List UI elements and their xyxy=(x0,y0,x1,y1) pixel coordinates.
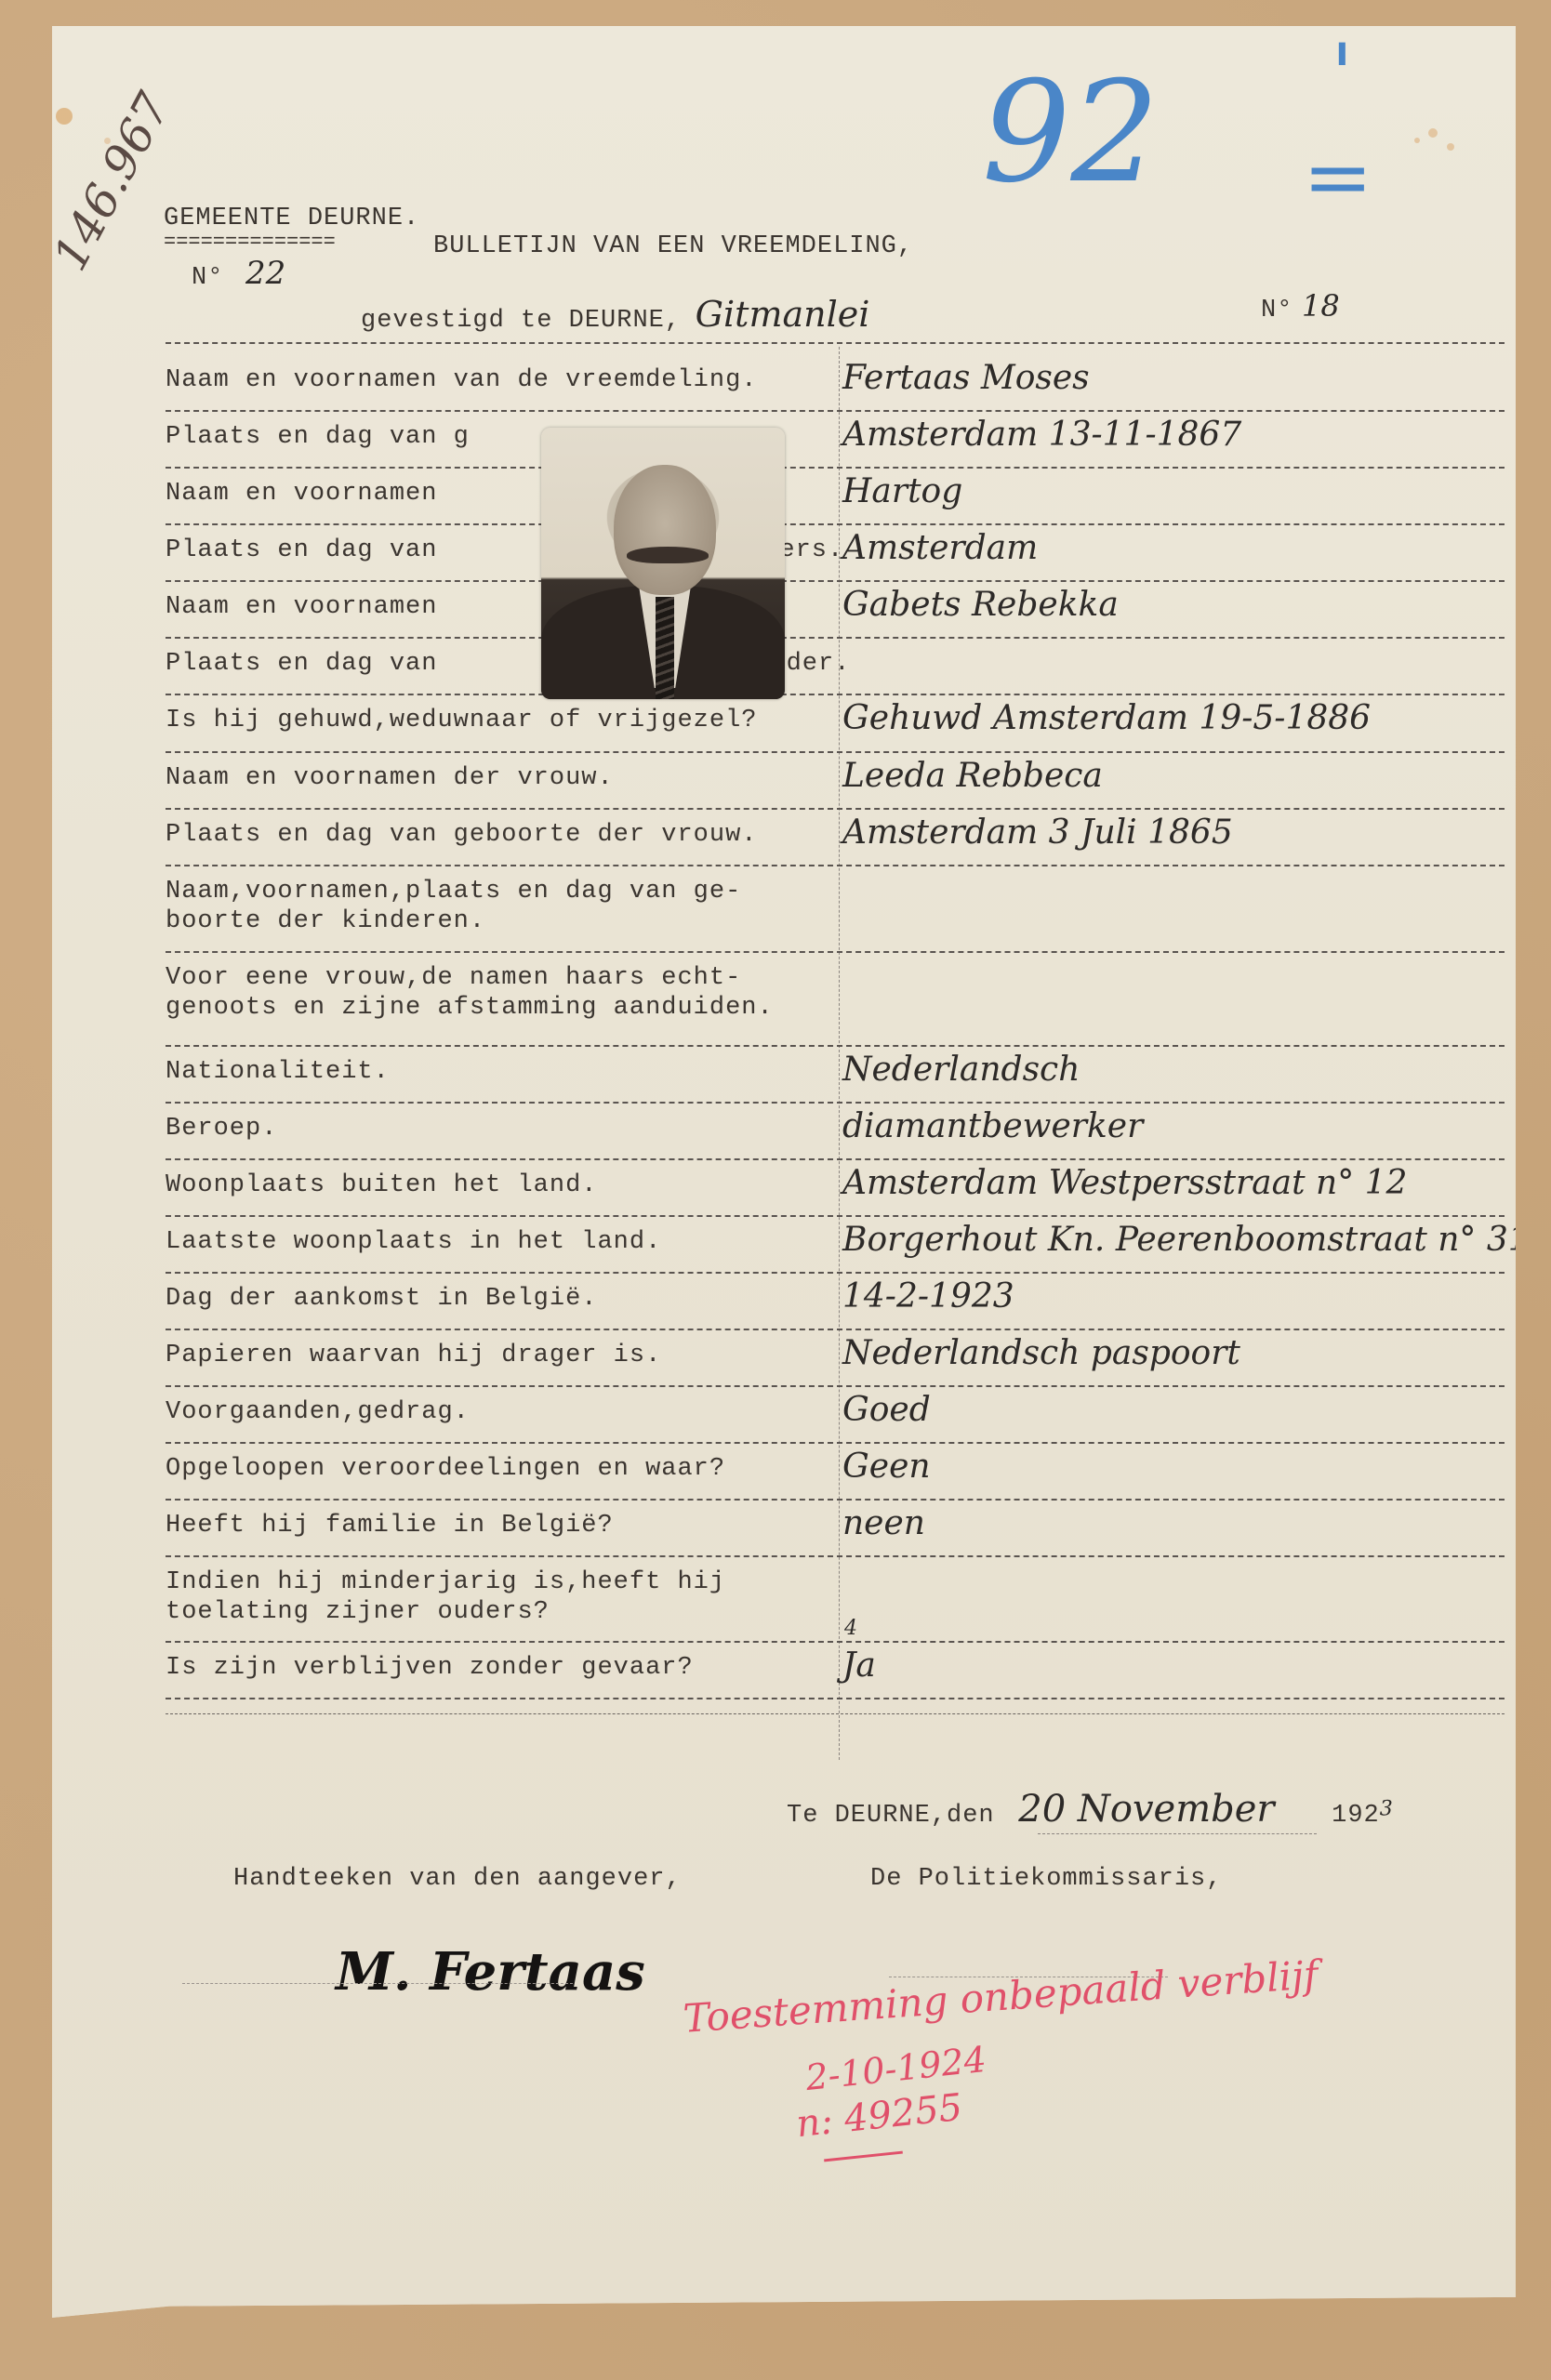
field-label: Dag der aankomst in België. xyxy=(166,1285,597,1313)
field-label: Naam en voornamen der vrouw. xyxy=(166,764,614,792)
row-divider xyxy=(166,1329,1505,1330)
blue-annotation-value: 92 xyxy=(982,52,1160,214)
field-label: Nationaliteit. xyxy=(166,1058,390,1086)
field-value: neen xyxy=(842,1504,925,1542)
photo-tie xyxy=(656,597,674,699)
field-value: Gabets Rebekka xyxy=(842,586,1119,624)
stain xyxy=(1414,138,1420,143)
row-divider xyxy=(166,410,1505,412)
field-label: Beroep. xyxy=(166,1115,277,1143)
red-note-underline xyxy=(824,2151,903,2162)
field-value: Amsterdam 13-11-1867 xyxy=(842,416,1241,454)
date-underline xyxy=(1038,1833,1317,1834)
field-value: Hartog xyxy=(842,472,962,510)
residence-street: Gitmanlei xyxy=(696,294,870,335)
municipality-number: N° 22 xyxy=(192,255,285,292)
field-value: Fertaas Moses xyxy=(842,359,1090,397)
field-label: Is zijn verblijven zonder gevaar? xyxy=(166,1654,694,1682)
field-label: Naam,voornamen,plaats en dag van ge- xyxy=(166,878,741,906)
field-label: Opgeloopen veroordeelingen en waar? xyxy=(166,1455,725,1483)
portrait-photo xyxy=(541,428,785,699)
row-divider xyxy=(166,808,1505,810)
field-label: Plaats en dag van xyxy=(166,536,437,564)
field-label: Voor eene vrouw,de namen haars echt- xyxy=(166,964,741,992)
field-value-mark: 4 xyxy=(844,1617,857,1640)
field-label: Voorgaanden,gedrag. xyxy=(166,1398,470,1426)
field-label: Plaats en dag van xyxy=(166,650,437,678)
applicant-signature: M. Fertaas xyxy=(336,1941,645,2003)
red-note-permission: Toestemming onbepaald verblijf xyxy=(682,1951,1319,2042)
signatory-label-right: De Politiekommissaris, xyxy=(870,1865,1222,1893)
residence-line: gevestigd te DEURNE, Gitmanlei xyxy=(361,294,869,335)
field-value: diamantbewerker xyxy=(842,1107,1143,1145)
document-sheet: 146.967 92 ' = GEMEENTE DEURNE. ========… xyxy=(52,26,1516,2318)
residence-number-label: N° xyxy=(1261,297,1292,324)
field-value: Ja xyxy=(842,1646,876,1685)
form-end-divider xyxy=(166,1713,1505,1714)
row-divider xyxy=(166,1641,1505,1643)
field-value: Goed xyxy=(842,1391,931,1429)
place-date-prefix: Te DEURNE,den xyxy=(787,1802,995,1830)
row-divider xyxy=(166,637,1505,639)
field-label: Papieren waarvan hij drager is. xyxy=(166,1342,661,1369)
row-divider xyxy=(166,1442,1505,1444)
stain xyxy=(56,108,73,125)
field-label: Naam en voornamen xyxy=(166,593,437,621)
row-divider xyxy=(166,751,1505,753)
number-value: 22 xyxy=(245,255,285,292)
field-value: Leeda Rebbeca xyxy=(842,757,1103,795)
blue-annotation-mark: ' xyxy=(1331,26,1354,124)
field-value: 14-2-1923 xyxy=(842,1277,1014,1316)
bulletin-title: BULLETIJN VAN EEN VREEMDELING, xyxy=(433,232,913,260)
field-label: Plaats en dag van g xyxy=(166,423,470,451)
residence-number: N° 18 xyxy=(1261,288,1340,324)
row-divider xyxy=(166,1215,1505,1217)
field-value: Geen xyxy=(842,1448,931,1486)
blue-annotation-number: 92 xyxy=(982,63,1160,203)
municipality-header: GEMEENTE DEURNE. xyxy=(164,205,419,232)
field-label-continued: toelating zijner ouders? xyxy=(166,1598,550,1626)
signatory-label-left: Handteeken van den aangever, xyxy=(233,1865,682,1893)
stain xyxy=(1428,128,1438,138)
place-date-line: Te DEURNE,den 20 November 1923 xyxy=(787,1788,1393,1831)
photo-head xyxy=(614,465,716,595)
field-label: Laatste woonplaats in het land. xyxy=(166,1228,661,1256)
field-label: Heeft hij familie in België? xyxy=(166,1512,614,1540)
field-value: Gehuwd Amsterdam 19-5-1886 xyxy=(842,699,1371,737)
row-divider xyxy=(166,1499,1505,1501)
municipality-underline: ============== xyxy=(164,231,336,254)
row-divider xyxy=(166,1698,1505,1699)
field-value: Borgerhout Kn. Peerenboomstraat n° 31 xyxy=(842,1221,1530,1259)
field-label-continued: boorte der kinderen. xyxy=(166,907,485,935)
stain xyxy=(1447,143,1454,151)
field-value: Amsterdam xyxy=(842,529,1038,567)
header-divider xyxy=(166,342,1505,344)
row-divider xyxy=(166,1272,1505,1274)
row-divider xyxy=(166,951,1505,953)
field-value: Nederlandsch xyxy=(842,1051,1080,1089)
field-value: Nederlandsch paspoort xyxy=(842,1334,1240,1372)
field-label: Naam en voornamen xyxy=(166,480,437,508)
photo-moustache xyxy=(627,547,709,563)
red-note-date: 2-10-1924 xyxy=(803,2039,988,2098)
row-divider xyxy=(166,523,1505,525)
year-printed: 192 xyxy=(1332,1802,1380,1830)
row-divider xyxy=(166,865,1505,866)
row-divider xyxy=(166,467,1505,469)
field-label: Naam en voornamen van de vreemdeling. xyxy=(166,366,758,394)
field-label: Is hij gehuwd,weduwnaar of vrijgezel? xyxy=(166,707,758,734)
field-label: Indien hij minderjarig is,heeft hij xyxy=(166,1568,725,1596)
row-divider xyxy=(166,1555,1505,1557)
signature-line-left xyxy=(182,1983,573,1984)
residence-prefix: gevestigd te DEURNE, xyxy=(361,307,681,335)
field-value: Amsterdam 3 Juli 1865 xyxy=(842,813,1233,852)
blue-annotation-equals: = xyxy=(1303,128,1372,226)
field-label: Plaats en dag van geboorte der vrouw. xyxy=(166,821,758,849)
row-divider xyxy=(166,580,1505,582)
field-value: Amsterdam Westpersstraat n° 12 xyxy=(842,1164,1407,1202)
row-divider xyxy=(166,1102,1505,1104)
number-label: N° xyxy=(192,264,223,292)
row-divider xyxy=(166,1158,1505,1160)
field-label-continued: genoots en zijne afstamming aanduiden. xyxy=(166,994,774,1022)
row-divider xyxy=(166,1045,1505,1047)
residence-number-value: 18 xyxy=(1302,288,1340,324)
row-divider xyxy=(166,1385,1505,1387)
year-handwritten: 3 xyxy=(1380,1798,1393,1821)
row-divider xyxy=(166,694,1505,695)
field-label: Woonplaats buiten het land. xyxy=(166,1171,597,1199)
date-handwritten: 20 November xyxy=(1018,1788,1274,1831)
